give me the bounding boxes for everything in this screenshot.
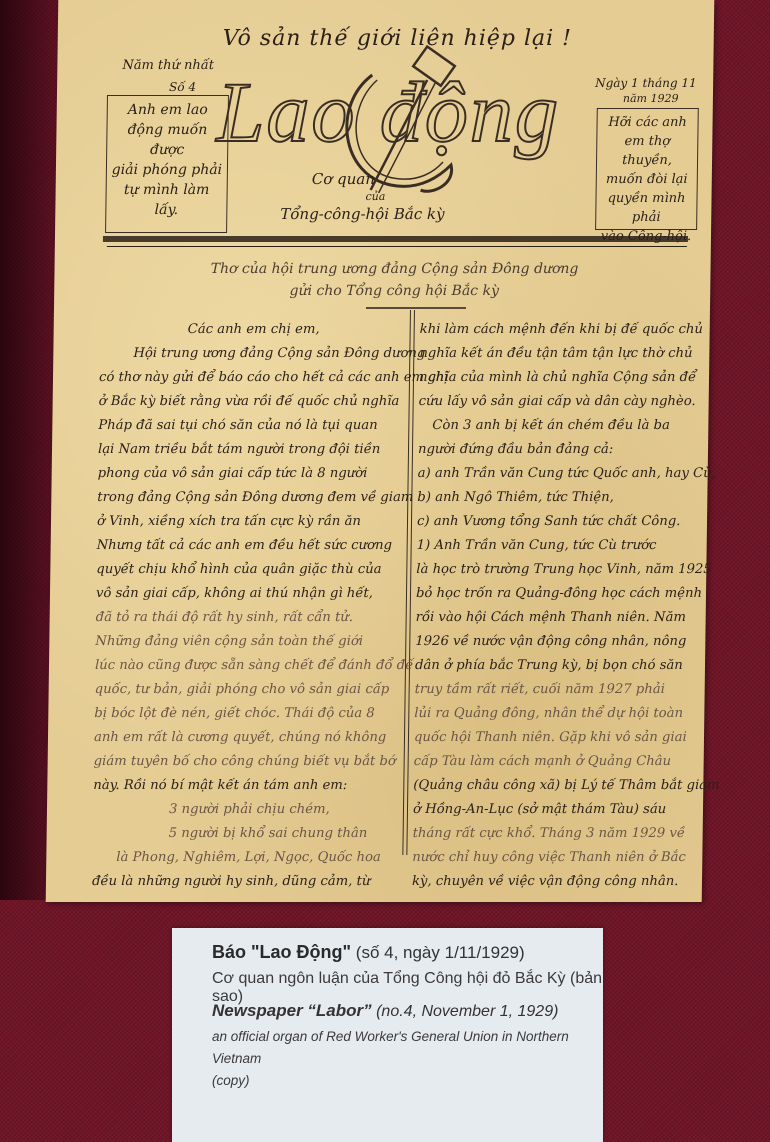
label-title-en: Newspaper “Labor” (no.4, November 1, 192… [212,1001,558,1021]
date-label: Ngày 1 tháng 11 [595,76,697,90]
text-line: lủi ra Quảng đông, nhân thể dự hội toàn [414,702,704,726]
label-description-en-line: (copy) [212,1070,602,1092]
text-line: là Phong, Nghiêm, Lợi, Ngọc, Quốc hoa [92,846,397,870]
text-line: Hội trung ương đảng Cộng sản Đông dương [99,342,404,366]
text-line: c) anh Vương tổng Sanh tức chất Công. [417,510,707,534]
text-line: đã tỏ ra thái độ rất hy sinh, rất cẩn tử… [96,606,401,630]
left-motto-box: Anh em lao động muốn được giải phóng phả… [105,95,229,233]
text-line: lúc nào cũng được sẵn sàng chết để đánh … [95,654,400,678]
text-line: ở Vinh, xiềng xích tra tấn cực kỳ rần ăn [97,510,402,534]
text-line: quyết chịu khổ hình của quân giặc thù củ… [96,558,401,582]
motto-line: Hỡi các anh [601,113,693,132]
motto-line: quyền mình phải [600,189,693,227]
text-line: là học trò trường Trung học Vinh, năm 19… [416,558,706,582]
motto-line: em thợ thuyền, [601,132,694,170]
text-line: ở Bắc kỳ biết rằng vừa rồi đế quốc chủ n… [99,390,404,414]
newspaper-page: Vô sản thế giới liên hiệp lại ! Năm thứ … [46,0,715,902]
text-line: dân ở phía bắc Trung kỳ, bị bọn chó săn [415,654,705,678]
text-line: Những đảng viên cộng sản toàn thế giới [95,630,400,654]
text-line: phong của vô sản giai cấp tức là 8 người [98,462,403,486]
issue-label: Số 4 [169,80,196,94]
subtitle-rule [366,307,466,309]
text-line: trong đảng Cộng sản Đông dương đem về gi… [97,486,402,510]
masthead-title: Lao động [216,62,561,162]
right-column-text: khi làm cách mệnh đến khi bị đế quốc chủ… [412,318,710,894]
text-line: (Quảng châu công xã) bị Lý tế Thâm bắt g… [413,774,703,798]
text-line: quốc, tư bản, giải phóng cho vô sản giai… [94,678,399,702]
text-line: anh em rất là cương quyết, chúng nó khôn… [94,726,399,750]
text-line: giám tuyên bố cho công chúng biết vụ bắt… [93,750,398,774]
label-title-en-date: (no.4, November 1, 1929) [372,1003,559,1020]
text-line: cứu lấy vô sản giai cấp và dân cày nghèo… [419,390,709,414]
year-label: Năm thứ nhất [122,58,214,73]
text-line: này. Rồi nó bí mật kết án tám anh em: [93,774,398,798]
text-line: Các anh em chị em, [100,318,405,342]
right-motto-box: Hỡi các anh em thợ thuyền, muốn đòi lại … [595,108,699,230]
organ-name: Tổng-công-hội Bắc kỳ [280,205,444,223]
text-line: Nhưng tất cả các anh em đều hết sức cươn… [97,534,402,558]
text-line: nghĩa kết án đều tận tâm tận lực thờ chủ [419,342,709,366]
organ-label: Cơ quan [312,170,375,188]
text-line: đều là những người hy sinh, dũng cảm, từ [92,870,397,894]
motto-line: Anh em lao [112,100,224,120]
motto-line: muốn đòi lại [601,170,693,189]
motto-line: giải phóng phải [111,160,223,180]
text-line: người đứng đầu bản đảng cả: [418,438,708,462]
text-line: lại Nam triều bắt tám người trong đội ti… [98,438,403,462]
text-line: Còn 3 anh bị kết án chém đều là ba [418,414,708,438]
text-line: nước chỉ huy công việc Thanh niên ở Bắc [412,846,702,870]
organ-of-label: của [365,190,385,203]
text-line: có thơ này gửi để báo cáo cho hết cả các… [99,366,404,390]
text-line: truy tầm rất riết, cuối năm 1927 phải [414,678,704,702]
text-line: 1926 về nước vận động công nhân, nông [415,630,705,654]
text-line: tháng rất cực khổ. Tháng 3 năm 1929 về [412,822,702,846]
label-title-vi: Báo "Lao Động" (số 4, ngày 1/11/1929) [212,942,525,963]
motto-line: tự mình làm [111,180,223,200]
text-line: b) anh Ngô Thiêm, tức Thiện, [417,486,707,510]
motto-line: động muốn được [111,120,224,160]
label-description-en: an official organ of Red Worker's Genera… [212,1026,602,1092]
text-line: quốc hội Thanh niên. Gặp khi vô sản giai [414,726,704,750]
text-line: rồi vào hội Cách mệnh Thanh niên. Năm [416,606,706,630]
label-title-bold: Báo "Lao Động" [212,942,351,962]
text-line: vô sản giai cấp, không ai thú nhận gì hế… [96,582,401,606]
label-title-en-bold: Newspaper “Labor” [212,1001,372,1020]
label-title-date: (số 4, ngày 1/11/1929) [351,943,525,962]
text-line: nghĩa của mình là chủ nghĩa Cộng sản để [419,366,709,390]
exhibit-label-card: Báo "Lao Động" (số 4, ngày 1/11/1929) Cơ… [172,928,603,1142]
label-description-en-line: an official organ of Red Worker's Genera… [212,1026,602,1070]
text-line: a) anh Trần văn Cung tức Quốc anh, hay C… [418,462,708,486]
subtitle-line: gửi cho Tổng công hội Bắc kỳ [144,280,644,302]
subtitle-line: Thơ của hội trung ương đảng Cộng sản Đôn… [144,258,644,280]
date-year: năm 1929 [623,92,679,105]
text-line: kỳ, chuyên về việc vận động công nhân. [412,870,702,894]
header-rule-thin [107,246,687,247]
text-line: khi làm cách mệnh đến khi bị đế quốc chủ [420,318,710,342]
text-line: cấp Tàu làm cách mạnh ở Quảng Châu [413,750,703,774]
text-line: bị bóc lột đè nén, giết chóc. Thái độ củ… [94,702,399,726]
letter-subtitle: Thơ của hội trung ương đảng Cộng sản Đôn… [144,258,645,302]
left-column-text: Các anh em chị em, Hội trung ương đảng C… [92,318,405,894]
text-line: ở Hồng-An-Lục (sở mật thám Tàu) sáu [413,798,703,822]
text-line: 1) Anh Trần văn Cung, tức Cù trước [417,534,707,558]
text-line: 3 người phải chịu chém, [93,798,398,822]
motto-line: lấy. [110,200,222,220]
text-line: bỏ học trốn ra Quảng-đông học cách mệnh [416,582,706,606]
header-rule-thick [103,236,688,242]
text-line: Pháp đã sai tụi chó săn của nó là tụi qu… [98,414,403,438]
text-line: 5 người bị khổ sai chung thân [92,822,397,846]
